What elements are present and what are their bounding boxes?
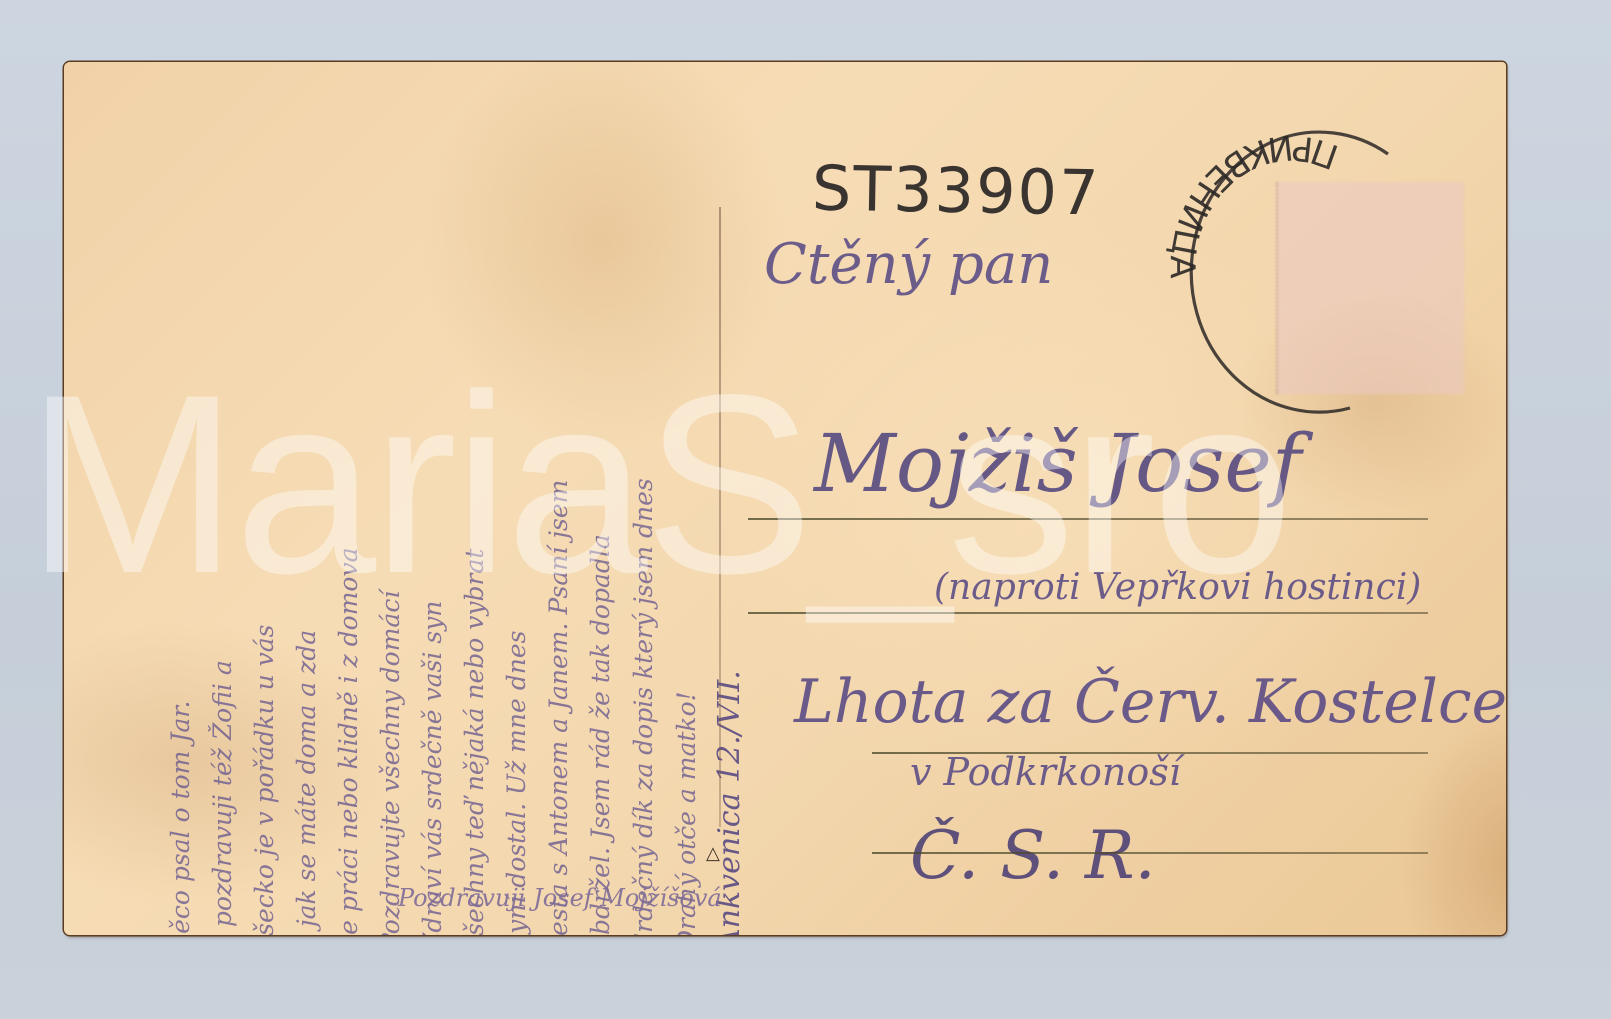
message-line: obdržel. Jsem rád že tak dopadla	[586, 150, 615, 935]
message-line: Drahý otče a matko!	[672, 150, 701, 935]
message-line: ke práci nebo klidně i z domova	[334, 150, 363, 935]
message-line: cesta s Antonem a Janem. Psaní jsem	[544, 150, 573, 935]
message-line: všechny teď nějaká nebo vybrat	[460, 150, 489, 935]
message-line: a pozdravuji též Žofii a	[208, 150, 237, 935]
message-line: Pozdravujte všechny domácí	[376, 150, 405, 935]
center-divider	[719, 207, 721, 827]
postcard: ПРИКВЕНИЦА ST33907 Ankvenica 12./VII. Dr…	[64, 62, 1506, 935]
postmark-ring: ПРИКВЕНИЦА	[1150, 128, 1420, 420]
address-district: v Podkrkonoší	[910, 750, 1181, 794]
message-line: nyní dostal. Už mne dnes	[502, 150, 531, 935]
message-signature: Pozdravuji Josef Mojžíšová	[398, 884, 722, 912]
address-line-1	[748, 518, 1428, 520]
postmark-text: ПРИКВЕНИЦА	[1162, 128, 1344, 281]
message-line: a jak se máte doma a zda	[292, 150, 321, 935]
message-area: Ankvenica 12./VII. Drahý otče a matko! S…	[124, 150, 774, 935]
address-town: Lhota za Červ. Kostelcem	[794, 667, 1506, 737]
address-country: Č. S. R.	[910, 817, 1156, 894]
message-line: Zdraví vás srdečně vaši syn	[418, 150, 447, 935]
message-line: něco psal o tom Jar.	[166, 150, 195, 935]
address-note: (naproti Vepřkovi hostinci)	[934, 567, 1421, 608]
message-line: všecko je v pořádku u vás	[250, 150, 279, 935]
inventory-number: ST33907	[811, 151, 1101, 229]
triangle-marker: △	[706, 843, 720, 864]
address-line-4	[872, 852, 1428, 854]
message-line: Srdečný dík za dopis který jsem dnes	[629, 150, 658, 935]
address-line-2	[748, 612, 1428, 614]
message-place-date: Ankvenica 12./VII.	[712, 150, 747, 935]
address-name: Mojžiš Josef	[814, 417, 1301, 510]
address-salutation: Ctěný pan	[764, 232, 1053, 297]
postmark-textpath: ПРИКВЕНИЦА	[1162, 128, 1344, 281]
